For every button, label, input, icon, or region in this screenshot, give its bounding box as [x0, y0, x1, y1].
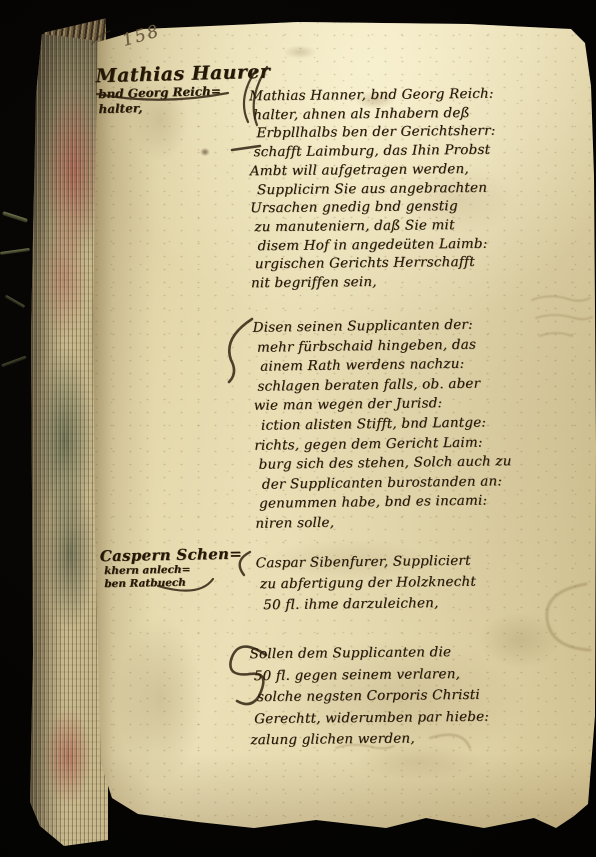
manuscript-line: nit begriffen sein, — [251, 272, 497, 293]
manuscript-line: mehr fürbschaid hingeben, das — [257, 335, 510, 358]
entry-paragraph-4: Sollen dem Supplicanten die 50 fl. gegen… — [249, 642, 489, 752]
manuscript-line: schlagen beraten falls, ob. aber — [257, 374, 510, 397]
binding-fiber — [5, 295, 26, 309]
binding-fiber — [2, 211, 28, 223]
manuscript-line: Caspar Sibenfurer, Suppliciert — [256, 551, 476, 575]
margin-note-title: Caspern Schen= — [100, 545, 243, 565]
margin-note-mathias: Mathias Haurer bnd Georg Reich= halter, — [95, 61, 271, 117]
manuscript-line: Gerechtt, widerumben par hiebe: — [254, 706, 489, 730]
manuscript-line: zu manuteniern, daß Sie mit — [254, 216, 496, 237]
entry-paragraph-2: Disen seinen Supplicanten der: mehr fürb… — [253, 315, 513, 534]
manuscript-line: halter, ahnen als Inhabern deß — [253, 103, 495, 124]
margin-note-line: ben Ratbuech — [104, 575, 242, 590]
manuscript-line: disem Hof in angedeüten Laimb: — [257, 234, 496, 255]
manuscript-line: Ambt will aufgetragen werden, — [250, 160, 496, 181]
manuscript-line: niren solle, — [255, 511, 512, 534]
manuscript-line: Supplicirn Sie aus angebrachten — [257, 178, 496, 199]
binding-fiber — [0, 248, 30, 255]
margin-note-caspar: Caspern Schen= khern anlech= ben Ratbuec… — [100, 545, 243, 590]
manuscript-line: 50 fl. gegen seinem verlaren, — [254, 663, 489, 687]
manuscript-line: urgischen Gerichts Herrschafft — [255, 253, 497, 274]
manuscript-line: solche negsten Corporis Christi — [257, 685, 489, 709]
manuscript-line: Erbpllhalbs ben der Gerichtsherr: — [256, 122, 495, 143]
manuscript-line: genummen habe, bnd es incami: — [259, 492, 512, 515]
manuscript-line: schafft Laimburg, das Ihin Probst — [254, 141, 496, 162]
entry-paragraph-1: Mathias Hanner, bnd Georg Reich: halter,… — [249, 85, 497, 293]
manuscript-line: Mathias Hanner, bnd Georg Reich: — [249, 85, 495, 106]
manuscript-line: zalung glichen werden, — [250, 728, 489, 752]
manuscript-line: zu abfertigung der Holzknecht — [260, 572, 476, 596]
manuscript-line: Sollen dem Supplicanten die — [249, 642, 488, 666]
binding-fiber — [1, 356, 26, 368]
entry-paragraph-3: Caspar Sibenfurer, Suppliciert zu abfert… — [256, 551, 477, 617]
margin-note-title: Mathias Haurer — [95, 61, 270, 88]
manuscript-line: 50 fl. ihme darzuleichen, — [263, 593, 476, 617]
manuscript-scan: 158 Mathias Haurer bnd Georg Reich= halt… — [0, 0, 596, 857]
